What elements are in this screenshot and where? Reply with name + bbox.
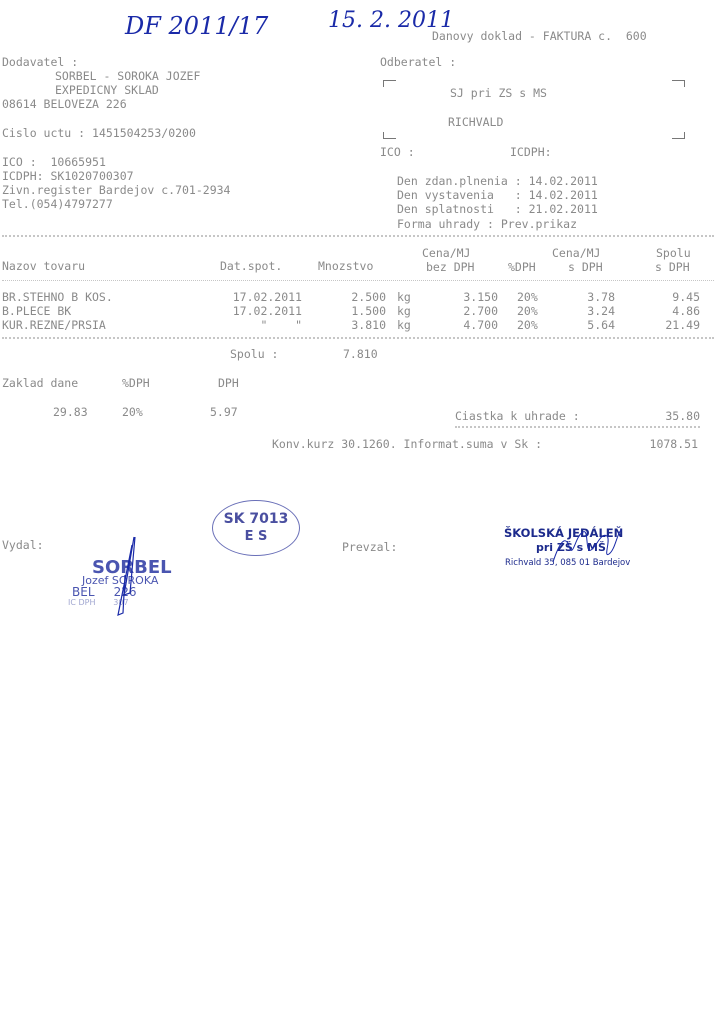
col-price-excl-header-top: Cena/MJ <box>422 246 470 260</box>
date-value: 21.02.2011 <box>529 202 598 216</box>
cell-vat: 20% <box>517 304 547 318</box>
signature-scribble-icon <box>545 524 625 569</box>
date-label: Den vystavenia : <box>397 188 522 202</box>
address-bracket-bl <box>383 132 396 139</box>
cell-vat: 20% <box>517 318 547 332</box>
supplier-name: SORBEL - SOROKA JOZEF <box>55 69 200 83</box>
cell-total: 21.49 <box>640 318 700 332</box>
cell-date: 17.02.2011 <box>212 304 302 318</box>
cell-qty: 2.500 <box>330 290 386 304</box>
icdph-label: ICDPH: <box>2 169 44 183</box>
date-label: Den splatnosti : <box>397 202 522 216</box>
cell-name: BR.STEHNO B KOS. <box>2 290 202 304</box>
col-price-excl-header-bottom: bez DPH <box>426 260 474 274</box>
icdph-value: SK1020700307 <box>50 169 133 183</box>
supplier-label: Dodavatel : <box>2 55 78 69</box>
customer-ico-label: ICO : <box>380 145 415 159</box>
invoice-title-text: Danovy doklad - FAKTURA c. <box>432 29 612 43</box>
handwritten-document-ref: DF 2011/17 <box>125 12 268 40</box>
conversion-label: Konv.kurz 30.1260. Informat.suma v Sk : <box>272 437 542 451</box>
col-price-incl-header-bottom: s DPH <box>568 260 603 274</box>
account-number: 1451504253/0200 <box>92 126 196 140</box>
cell-unit: kg <box>397 290 417 304</box>
cell-unit: kg <box>397 304 417 318</box>
supplier-division: EXPEDICNY SKLAD <box>55 83 159 97</box>
tax-rate-value: 20% <box>122 405 143 419</box>
tax-base-label: Zaklad dane <box>2 376 78 390</box>
customer-city: RICHVALD <box>448 115 503 129</box>
payment-form-row: Forma uhrady : Prev.prikaz <box>397 217 577 231</box>
issued-by-label: Vydal: <box>2 538 44 552</box>
separator <box>2 280 714 281</box>
col-price-incl-header-top: Cena/MJ <box>552 246 600 260</box>
cell-price-excl: 4.700 <box>440 318 498 332</box>
cell-price-incl: 3.24 <box>570 304 615 318</box>
col-total-header-bottom: s DPH <box>655 260 690 274</box>
payment-form-label: Forma uhrady : <box>397 217 494 231</box>
oval-stamp: SK 7013 E S <box>212 500 300 556</box>
signature-mark-icon <box>110 535 140 625</box>
supplier-address: 08614 BELOVEZA 226 <box>2 97 127 111</box>
col-vat-header: %DPH <box>508 260 536 274</box>
supplier-register: Zivn.register Bardejov c.701-2934 <box>2 183 230 197</box>
ico-label: ICO : <box>2 155 37 169</box>
separator <box>2 235 714 237</box>
tax-vat-value: 5.97 <box>210 405 238 419</box>
invoice-title: Danovy doklad - FAKTURA c. 600 <box>432 29 647 43</box>
cell-price-excl: 2.700 <box>440 304 498 318</box>
cell-price-excl: 3.150 <box>440 290 498 304</box>
date-row: Den zdan.plnenia : 14.02.2011 <box>397 174 598 188</box>
sum-qty: 7.810 <box>343 347 378 361</box>
date-value: 14.02.2011 <box>529 174 598 188</box>
tax-base-value: 29.83 <box>53 405 88 419</box>
col-total-header-top: Spolu <box>656 246 691 260</box>
ico-value: 10665951 <box>50 155 105 169</box>
invoice-number: 600 <box>626 29 647 43</box>
cell-total: 4.86 <box>640 304 700 318</box>
oval-stamp-line1: SK 7013 <box>213 511 299 527</box>
supplier-icdph: ICDPH: SK1020700307 <box>2 169 134 183</box>
date-row: Den splatnosti : 21.02.2011 <box>397 202 598 216</box>
address-bracket-tl <box>383 80 396 87</box>
col-name-header: Nazov tovaru <box>2 259 85 273</box>
date-row: Den vystavenia : 14.02.2011 <box>397 188 598 202</box>
cell-name: B.PLECE BK <box>2 304 202 318</box>
col-qty-header: Mnozstvo <box>318 259 373 273</box>
customer-label: Odberatel : <box>380 55 456 69</box>
cell-price-incl: 5.64 <box>570 318 615 332</box>
col-date-header: Dat.spot. <box>220 259 282 273</box>
cell-date: 17.02.2011 <box>212 290 302 304</box>
supplier-account: Cislo uctu : 1451504253/0200 <box>2 126 196 140</box>
cell-name: KUR.REZNE/PRSIA <box>2 318 202 332</box>
tax-vat-label: DPH <box>218 376 239 390</box>
cell-date: " " <box>212 318 302 332</box>
sum-label: Spolu : <box>230 347 278 361</box>
received-by-label: Prevzal: <box>342 540 397 554</box>
customer-icdph-label: ICDPH: <box>510 145 552 159</box>
cell-price-incl: 3.78 <box>570 290 615 304</box>
cell-qty: 1.500 <box>330 304 386 318</box>
cell-unit: kg <box>397 318 417 332</box>
address-bracket-br <box>672 132 685 139</box>
supplier-ico: ICO : 10665951 <box>2 155 106 169</box>
amount-underline <box>455 426 700 428</box>
amount-due-value: 35.80 <box>640 409 700 423</box>
payment-form-value: Prev.prikaz <box>501 217 577 231</box>
address-bracket-tr <box>672 80 685 87</box>
conversion-value: 1078.51 <box>620 437 698 451</box>
tax-rate-label: %DPH <box>122 376 150 390</box>
date-value: 14.02.2011 <box>529 188 598 202</box>
cell-vat: 20% <box>517 290 547 304</box>
supplier-phone: Tel.(054)4797277 <box>2 197 113 211</box>
date-label: Den zdan.plnenia : <box>397 174 522 188</box>
customer-name: SJ pri ZS s MS <box>450 86 547 100</box>
separator <box>2 337 714 339</box>
oval-stamp-line2: E S <box>213 529 299 544</box>
cell-total: 9.45 <box>640 290 700 304</box>
account-label: Cislo uctu : <box>2 126 85 140</box>
amount-due-label: Ciastka k uhrade : <box>455 409 580 423</box>
cell-qty: 3.810 <box>330 318 386 332</box>
